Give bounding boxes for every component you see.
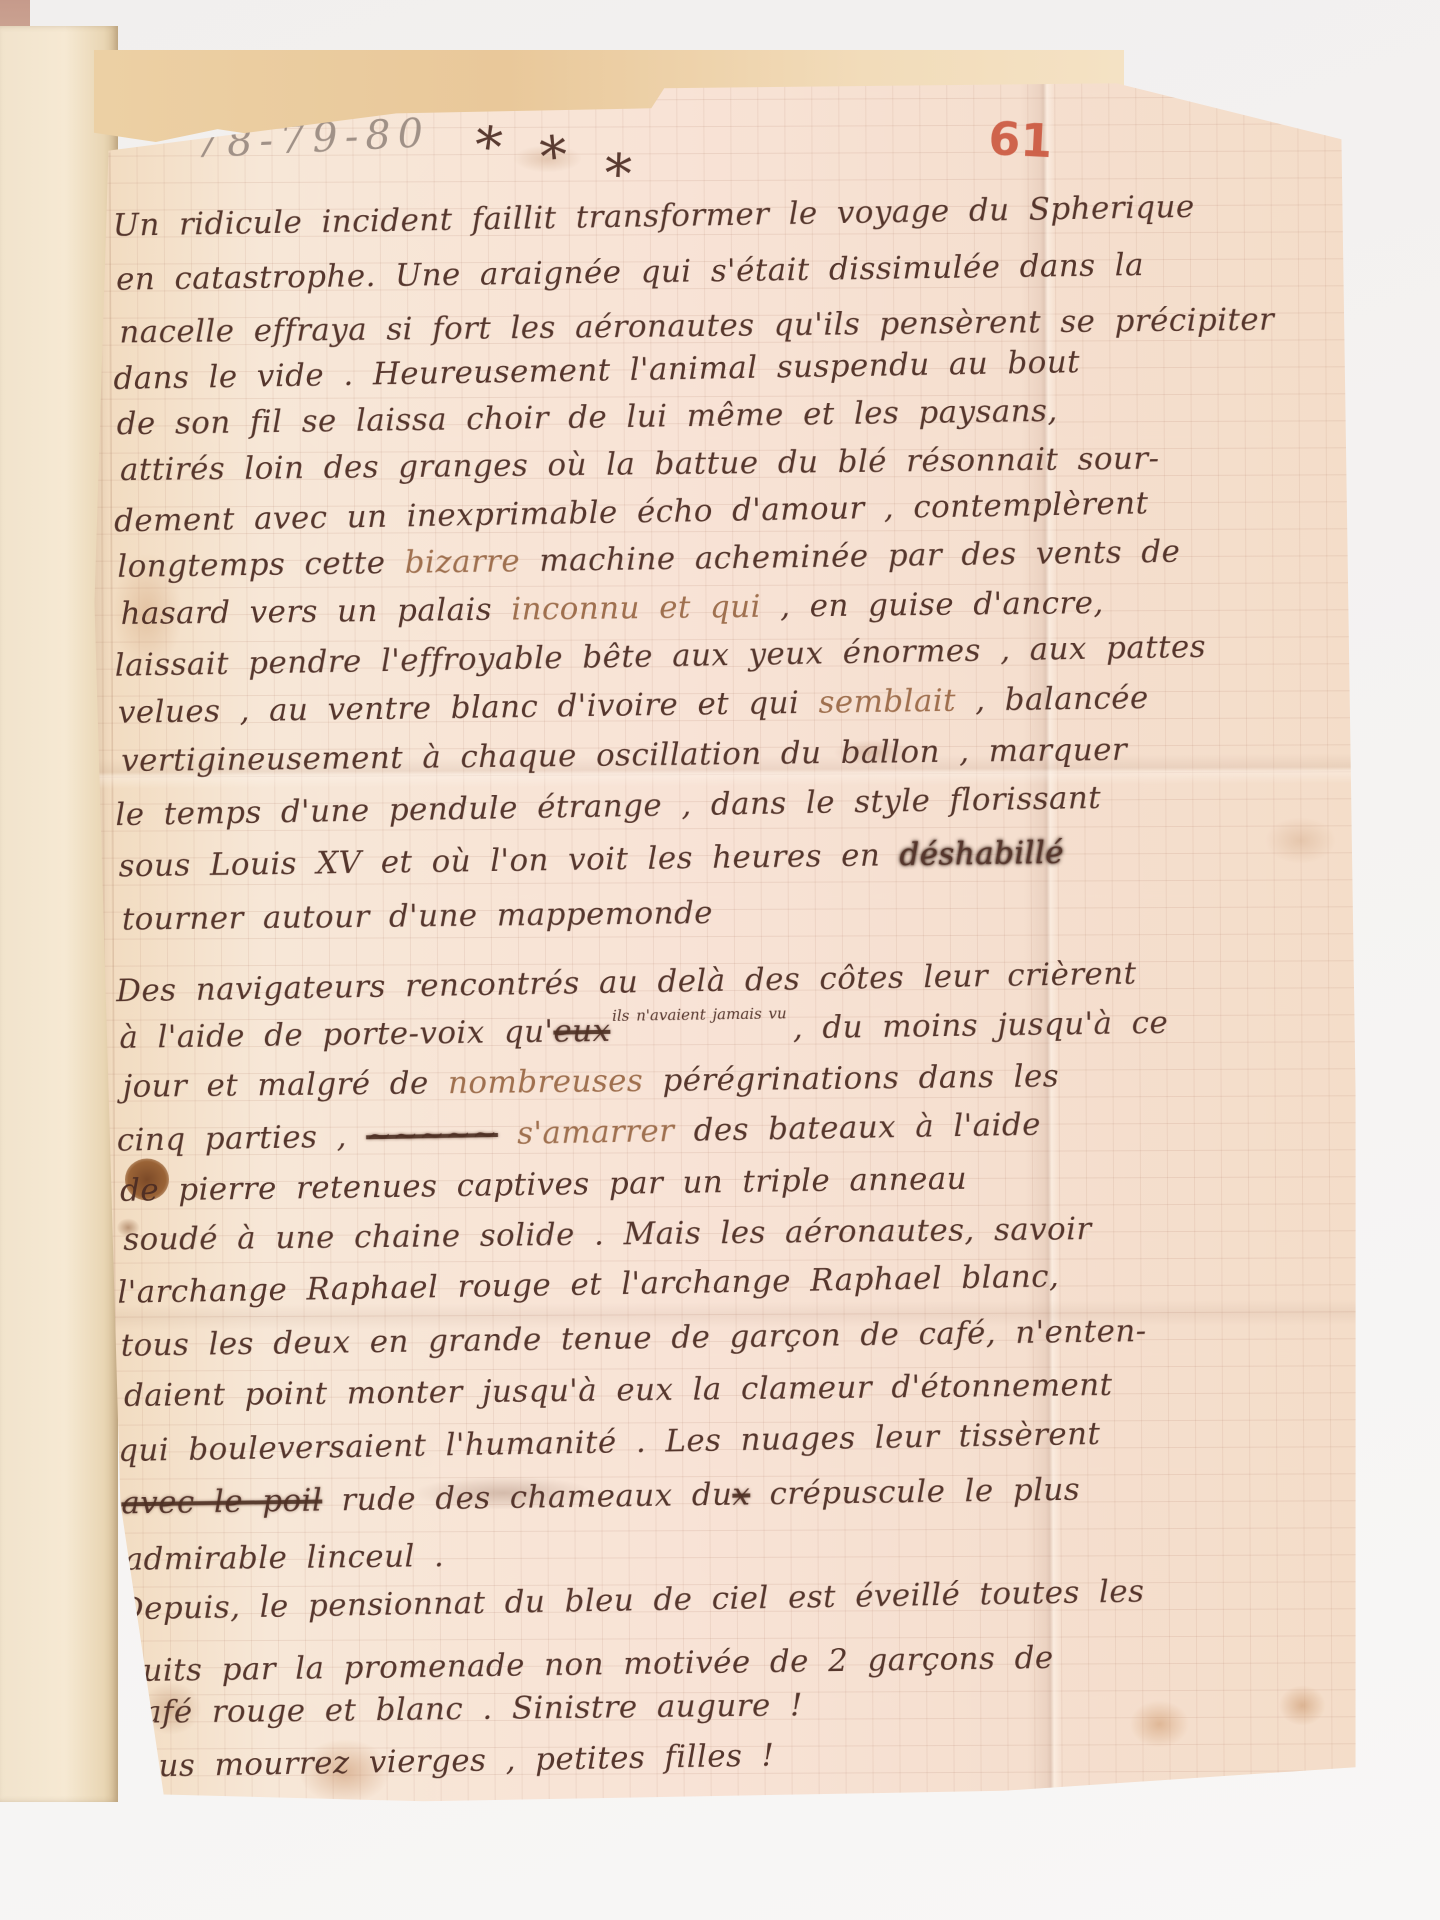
text-segment: soudé à une chaine solide . Mais les aér… — [123, 1211, 1092, 1258]
text-segment: qui bouleversaient l'humanité . Les nuag… — [118, 1416, 1101, 1469]
text-segment: dement avec un inexprimable écho d'amour… — [114, 485, 1149, 539]
text-segment: attirés loin des granges où la battue du… — [120, 441, 1160, 489]
struck-word: x — [732, 1476, 750, 1512]
text-segment: des bateaux à l'aide — [674, 1107, 1041, 1149]
manuscript-line: dement avec un inexprimable écho d'amour… — [114, 485, 1149, 539]
manuscript-line: daient point monter jusqu'à eux la clame… — [124, 1367, 1113, 1414]
text-segment: café rouge et blanc . Sinistre augure ! — [125, 1687, 803, 1731]
struck-word: eux — [553, 1013, 611, 1050]
text-segment — [498, 1116, 518, 1152]
manuscript-line: de son fil se laissa choir de lui même e… — [116, 393, 1057, 442]
manuscript-line: velues , au ventre blanc d'ivoire et qui… — [118, 680, 1149, 731]
manuscript-page: 78-79-80 * * * 61 Un ridicule incident f… — [82, 77, 1362, 1831]
text-segment: crépuscule le plus — [750, 1472, 1080, 1513]
text-segment: Des navigateurs rencontrés au delà des c… — [116, 956, 1137, 1010]
manuscript-line: admirable linceul . — [124, 1538, 444, 1578]
manuscript-photo: 78-79-80 * * * 61 Un ridicule incident f… — [0, 0, 1440, 1920]
text-segment: machine acheminée par des vents de — [520, 534, 1181, 579]
book-page-stack — [0, 26, 118, 1802]
asterisk-mark: * — [470, 113, 505, 179]
text-segment: hasard vers un palais — [120, 592, 511, 632]
text-segment: longtemps cette — [117, 545, 405, 585]
manuscript-line: en catastrophe. Une araignée qui s'était… — [116, 247, 1144, 298]
text-segment: semblait — [818, 683, 956, 721]
text-segment: jour et malgré de — [122, 1065, 448, 1105]
manuscript-line: Des navigateurs rencontrés au delà des c… — [116, 956, 1137, 1010]
interlinear-note: ils n'avaient jamais vu — [612, 1004, 787, 1024]
text-segment: , balancée — [956, 680, 1149, 719]
text-segment: à l'aide de porte-voix qu' — [119, 1014, 554, 1056]
manuscript-line: tourner autour d'une mappemonde — [122, 895, 713, 938]
asterisk-mark: * — [537, 123, 571, 189]
manuscript-line: sous Louis XV et où l'on voit les heures… — [118, 835, 1064, 885]
manuscript-line: café rouge et blanc . Sinistre augure ! — [125, 1687, 803, 1731]
text-segment: Vous mourrez vierges , petites filles ! — [119, 1737, 774, 1784]
manuscript-line: cinq parties , ~~~~~ s'amarrer des batea… — [117, 1107, 1042, 1159]
manuscript-line: nacelle effraya si fort les aéronautes q… — [119, 302, 1274, 351]
text-segment: pérégrinations dans les — [643, 1058, 1059, 1099]
manuscript-line: avec le poil rude des chameaux dux crépu… — [121, 1472, 1080, 1522]
struck-word: ~~~~~ — [366, 1116, 498, 1154]
manuscript-line: qui bouleversaient l'humanité . Les nuag… — [118, 1416, 1101, 1469]
vertical-fold-crease — [1020, 78, 1074, 1826]
stain — [1265, 817, 1335, 863]
manuscript-line: hasard vers un palais inconnu et qui , e… — [120, 585, 1104, 632]
text-segment: en catastrophe. Une araignée qui s'était… — [116, 247, 1144, 298]
manuscript-line: de pierre retenues captives par un tripl… — [120, 1161, 967, 1209]
text-segment: nombreuses — [448, 1063, 644, 1101]
text-segment: bizarre — [404, 543, 520, 581]
text-segment: cinq parties , — [117, 1118, 367, 1158]
manuscript-line: nuits par la promenade non motivée de 2 … — [122, 1640, 1054, 1689]
text-segment: dans le vide . Heureusement l'animal sus… — [113, 344, 1080, 397]
manuscript-line: à l'aide de porte-voix qu'euxils n'avaie… — [119, 1005, 1168, 1056]
manuscript-line: soudé à une chaine solide . Mais les aér… — [123, 1211, 1092, 1258]
text-segment: inconnu et qui — [511, 589, 761, 628]
text-segment: velues , au ventre blanc d'ivoire et qui — [118, 685, 819, 731]
stain — [1129, 1700, 1189, 1748]
text-segment: tourner autour d'une mappemonde — [122, 895, 713, 938]
manuscript-line: Depuis, le pensionnat du bleu de ciel es… — [119, 1573, 1145, 1627]
manuscript-line: Vous mourrez vierges , petites filles ! — [119, 1737, 774, 1784]
text-segment: , du moins jusqu'à ce — [793, 1005, 1169, 1046]
text-segment: daient point monter jusqu'à eux la clame… — [124, 1367, 1113, 1414]
asterisk-mark: * — [603, 142, 633, 206]
text-segment: de son fil se laissa choir de lui même e… — [116, 393, 1057, 442]
text-segment: déshabillé — [899, 835, 1064, 873]
text-segment: Depuis, le pensionnat du bleu de ciel es… — [119, 1573, 1145, 1627]
text-segment: rude des chameaux du — [322, 1477, 733, 1519]
manuscript-line: attirés loin des granges où la battue du… — [120, 441, 1160, 489]
manuscript-line: longtemps cette bizarre machine acheminé… — [117, 534, 1181, 585]
manuscript-line: dans le vide . Heureusement l'animal sus… — [113, 344, 1080, 397]
text-segment: sous Louis XV et où l'on voit les heures… — [118, 837, 899, 884]
text-segment: , en guise d'ancre, — [761, 585, 1104, 625]
text-segment: admirable linceul . — [124, 1538, 444, 1578]
manuscript-line: jour et malgré de nombreuses pérégrinati… — [122, 1058, 1059, 1104]
text-segment: nuits par la promenade non motivée de 2 … — [122, 1640, 1054, 1689]
text-segment: de pierre retenues captives par un tripl… — [120, 1161, 967, 1209]
page-number: 61 — [987, 111, 1054, 168]
text-segment: nacelle effraya si fort les aéronautes q… — [119, 302, 1274, 351]
struck-word: avec le poil — [121, 1483, 322, 1522]
stain — [1279, 1685, 1325, 1725]
text-segment: s'amarrer — [517, 1113, 675, 1152]
